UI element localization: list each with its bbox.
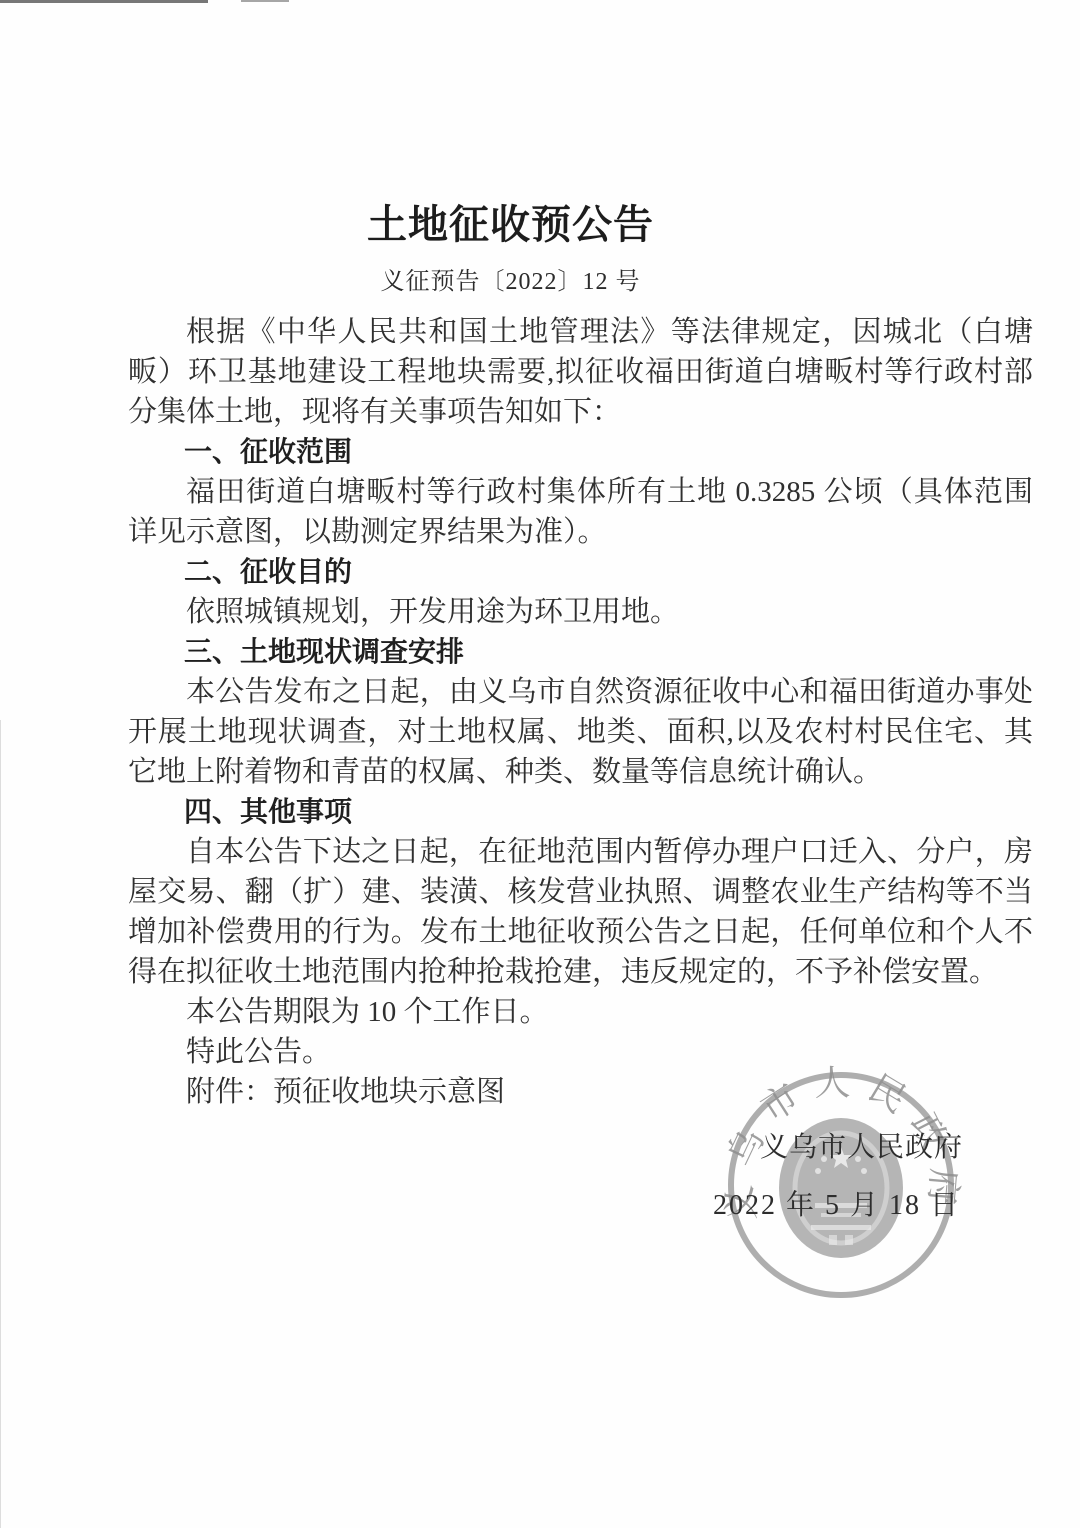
section-2-body: 依照城镇规划，开发用途为环卫用地。 xyxy=(128,592,1033,632)
document-title: 土地征收预公告 xyxy=(58,0,963,250)
document-content: 土地征收预公告 义征预告〔2022〕12 号 根据《中华人民共和国土地管理法》等… xyxy=(128,0,1033,298)
section-3-heading: 三、土地现状调查安排 xyxy=(128,632,1033,672)
closing-line-duration: 本公告期限为 10 个工作日。 xyxy=(128,992,1033,1032)
section-2-heading: 二、征收目的 xyxy=(128,552,1033,592)
signature-date: 2022 年 5 月 18 日 xyxy=(713,1190,960,1222)
section-1-heading: 一、征收范围 xyxy=(128,432,1033,472)
section-4-body: 自本公告下达之日起，在征地范围内暂停办理户口迁入、分户，房屋交易、翻（扩）建、装… xyxy=(128,832,1033,992)
document-header: 土地征收预公告 义征预告〔2022〕12 号 xyxy=(58,0,963,298)
section-1-body: 福田街道白塘畈村等行政村集体所有土地 0.3285 公顷（具体范围详见示意图，以… xyxy=(128,472,1033,552)
section-3-body: 本公告发布之日起，由义乌市自然资源征收中心和福田街道办事处开展土地现状调查，对土… xyxy=(128,672,1033,792)
intro-paragraph: 根据《中华人民共和国土地管理法》等法律规定，因城北（白塘畈）环卫基地建设工程地块… xyxy=(128,312,1033,432)
scan-artifact-edge xyxy=(0,720,1,1528)
scanned-document-page: 义乌市人民政府 土地征收预公告 义征预告〔2022〕12 号 根据《中华人民共和… xyxy=(0,0,1080,1528)
closing-block: 本公告期限为 10 个工作日。 特此公告。 附件：预征收地块示意图 xyxy=(128,992,1033,1112)
closing-line-hereby: 特此公告。 xyxy=(128,1032,1033,1072)
signature-authority: 义乌市人民政府 xyxy=(760,1132,963,1164)
document-body: 根据《中华人民共和国土地管理法》等法律规定，因城北（白塘畈）环卫基地建设工程地块… xyxy=(128,312,1033,1112)
closing-line-attachment: 附件：预征收地块示意图 xyxy=(128,1072,1033,1112)
section-4-heading: 四、其他事项 xyxy=(128,792,1033,832)
document-number: 义征预告〔2022〕12 号 xyxy=(58,250,963,298)
